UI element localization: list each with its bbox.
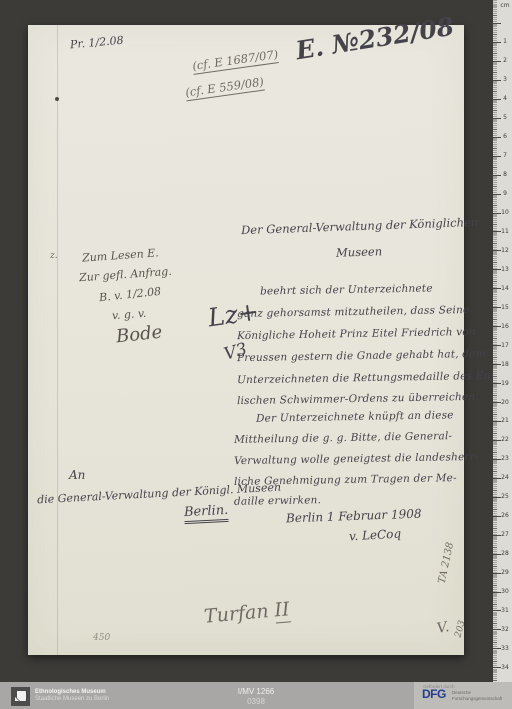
scan-viewer: Pr. 1/2.08 (cf. E 1687/07) (cf. E 559/08… (0, 0, 512, 709)
museum-parent-name: Staatliche Museen zu Berlin (35, 696, 109, 702)
ruler-cm-number: 10 (499, 209, 511, 216)
ruler-cm-number: 4 (499, 95, 511, 102)
ruler-cm-number: 16 (499, 323, 511, 330)
number-450: 450 (93, 633, 110, 643)
ruler-cm-number: 12 (499, 247, 511, 254)
ruler-cm-number: 21 (499, 417, 511, 424)
letter-heading-line2: Museen (336, 244, 383, 260)
dfg-logo-block: Gefördert durch DFG Deutsche Forschungsg… (414, 682, 512, 709)
ruler-cm-number: 3 (499, 76, 511, 83)
ruler-cm-number: 33 (499, 645, 511, 652)
lecoq-signature: v. LeCoq (349, 527, 402, 544)
museum-logo (11, 687, 30, 706)
ruler-cm-number: 19 (499, 380, 511, 387)
ruler-cm-number: 13 (499, 266, 511, 273)
address-line1: An (69, 468, 85, 482)
footer-bar: Ethnologisches Museum Staatliche Museen … (0, 682, 512, 709)
ruler-cm-number: 31 (499, 607, 511, 614)
ruler-unit-label: cm (499, 2, 511, 9)
ruler-cm-number: 14 (499, 285, 511, 292)
ruler-cm-number: 18 (499, 361, 511, 368)
ruler-cm-number: 15 (499, 304, 511, 311)
ruler-cm-number: 20 (499, 399, 511, 406)
dfg-name-line2: Forschungsgemeinschaft (452, 696, 502, 701)
dfg-name-line1: Deutsche (452, 690, 471, 695)
scan-page-number: 0398 (190, 697, 322, 706)
paper-crease (57, 25, 58, 655)
margin-tick: z. (50, 251, 58, 261)
ruler-cm-number: 1 (499, 38, 511, 45)
ruler-cm-number: 17 (499, 342, 511, 349)
ruler-cm-number: 27 (499, 531, 511, 538)
ruler-cm-number: 8 (499, 171, 511, 178)
paper-hole-dot (55, 97, 59, 101)
ruler-cm-number: 6 (499, 133, 511, 140)
ruler-cm-number: 2 (499, 57, 511, 64)
margin-note-4: v. g. v. (112, 307, 147, 322)
ruler-cm-number: 25 (499, 493, 511, 500)
ruler-cm-number: 34 (499, 664, 511, 671)
ruler-cm-number: 7 (499, 152, 511, 159)
ruler: cm 1234567891011121314151617181920212223… (493, 0, 512, 709)
ruler-cm-number: 22 (499, 436, 511, 443)
ruler-cm-number: 28 (499, 550, 511, 557)
ruler-cm-number: 24 (499, 474, 511, 481)
turfan-numeral: II (274, 598, 291, 623)
corner-mark: V. (436, 619, 451, 637)
ruler-cm-number: 32 (499, 626, 511, 633)
ruler-cm-number: 30 (499, 588, 511, 595)
ruler-cm-number: 26 (499, 512, 511, 519)
body2-line: daille erwirken. (234, 494, 321, 508)
dfg-logo: DFG (422, 687, 446, 701)
ruler-cm-tick (493, 23, 501, 24)
address-city-text: Berlin. (184, 503, 229, 524)
ruler-mm-ticks (493, 0, 497, 709)
museum-name: Ethnologisches Museum (35, 689, 106, 695)
shelfmark-id: I/MV 1266 (190, 687, 322, 696)
ruler-cm-number: 23 (499, 455, 511, 462)
ruler-cm-number: 29 (499, 569, 511, 576)
ruler-cm-number: 11 (499, 228, 511, 235)
ruler-cm-number: 5 (499, 114, 511, 121)
museum-logo-glyph (11, 687, 30, 706)
ruler-cm-number: 9 (499, 190, 511, 197)
address-city: Berlin. (184, 503, 229, 520)
